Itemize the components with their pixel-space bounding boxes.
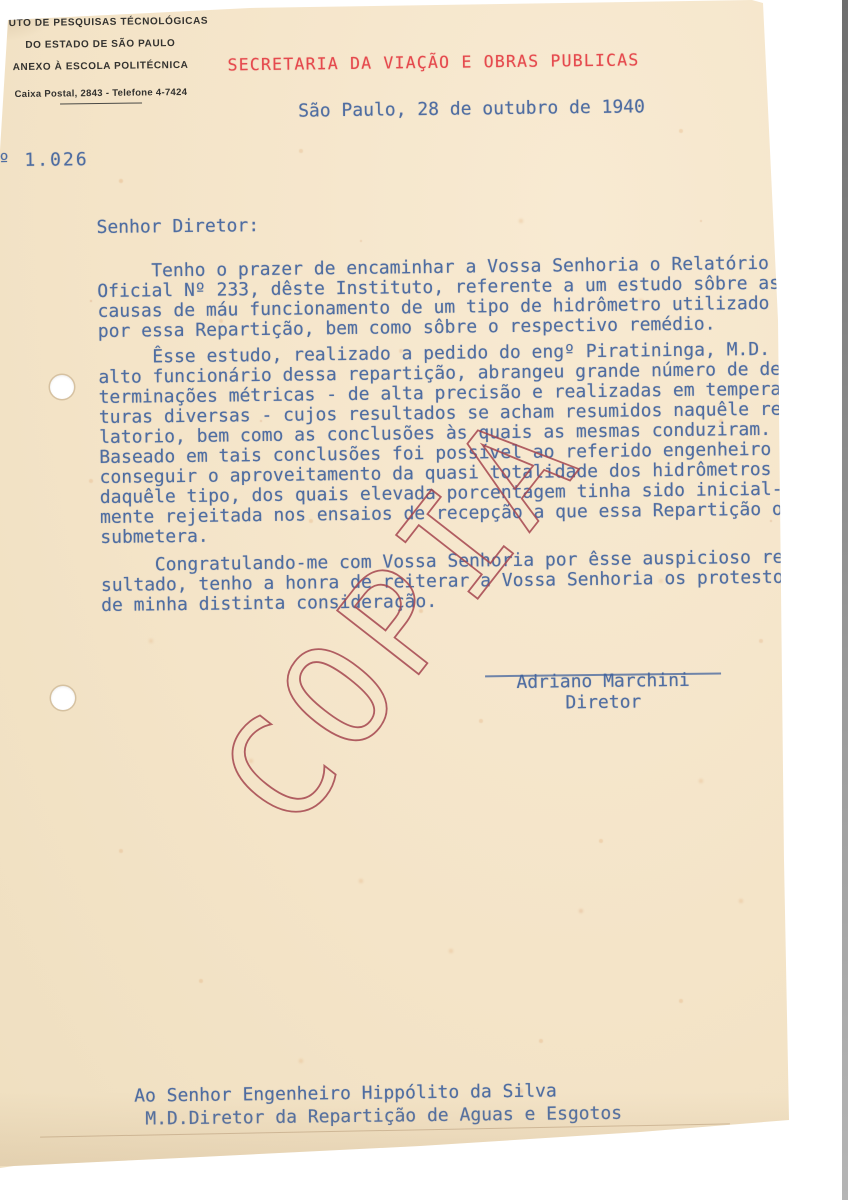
secretaria-stamp-heading: SECRETARIA DA VIAÇÃO E OBRAS PUBLICAS (227, 50, 639, 74)
paragraph-1: Tenho o prazer de encaminhar a Vossa Sen… (97, 254, 781, 342)
top-edge-mark (28, 0, 60, 11)
letterhead-state-line: DO ESTADO DE SÃO PAULO (0, 33, 209, 58)
punch-hole-top (50, 375, 74, 399)
signature-name: Adriano Marchini (485, 669, 721, 693)
scanner-edge-strip (842, 0, 848, 1200)
letter-paper: TITUTO DE PESQUISAS TÉCNOLÓGICAS DO ESTA… (0, 0, 848, 1200)
letterhead-school-line: ANEXO À ESCOLA POLITÉCNICA (0, 55, 210, 80)
scanned-letter-page: TITUTO DE PESQUISAS TÉCNOLÓGICAS DO ESTA… (0, 0, 848, 1200)
paper-foxing-spots (0, 0, 2, 2)
letterhead: TITUTO DE PESQUISAS TÉCNOLÓGICAS DO ESTA… (0, 11, 210, 106)
letterhead-contact-line: Caixa Postal, 2843 - Telefone 4-7424 (0, 86, 210, 103)
letterhead-underline (60, 102, 142, 104)
signature-title: Diretor (485, 690, 721, 714)
punch-hole-bottom (51, 686, 75, 710)
paper-foxing-spots-dark (0, 0, 2, 2)
document-number: º 1.026 (0, 149, 89, 171)
letterhead-institute-line: TITUTO DE PESQUISAS TÉCNOLÓGICAS (0, 11, 209, 36)
salutation: Senhor Diretor: (96, 215, 259, 238)
dateline: São Paulo, 28 de outubro de 1940 (298, 96, 645, 121)
